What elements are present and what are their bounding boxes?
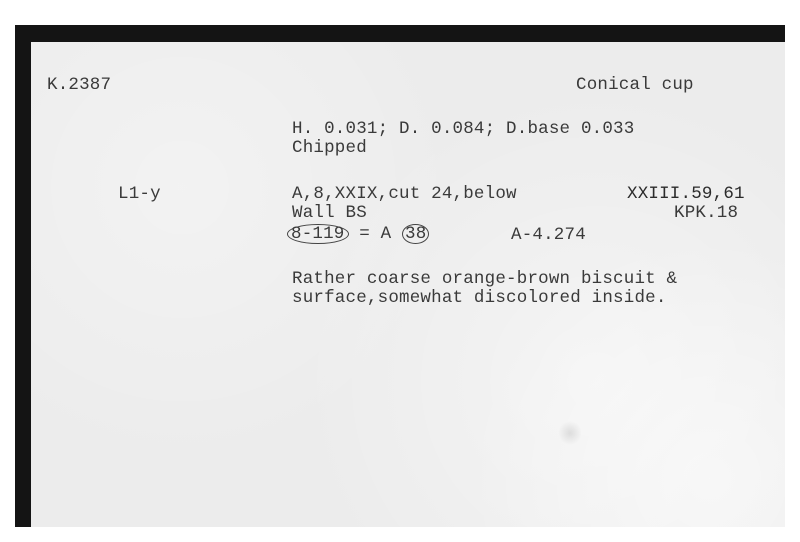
context-line-1: A,8,XXIX,cut 24,below — [292, 185, 517, 204]
equals-label: = A — [359, 224, 391, 244]
inventory-number: A-4.274 — [511, 226, 586, 245]
context-line-2: Wall BS — [292, 204, 367, 223]
description-line-2: surface,somewhat discolored inside. — [292, 289, 667, 308]
cross-reference-line: 8-119 = A 38 — [287, 224, 429, 244]
description-line-1: Rather coarse orange-brown biscuit & — [292, 270, 677, 289]
location-code: L1-y — [118, 185, 161, 204]
reference-right-1: XXIII.59,61 — [627, 185, 745, 204]
scanned-index-card: K.2387 Conical cup H. 0.031; D. 0.084; D… — [0, 0, 800, 542]
dimensions: H. 0.031; D. 0.084; D.base 0.033 — [292, 120, 634, 139]
condition: Chipped — [292, 139, 367, 158]
circled-number: 8-119 — [287, 224, 349, 244]
object-type: Conical cup — [576, 76, 694, 95]
catalog-number: K.2387 — [47, 76, 111, 95]
circled-value: 38 — [402, 224, 429, 244]
paper-smudge — [559, 420, 581, 446]
reference-right-2: KPK.18 — [674, 204, 738, 223]
